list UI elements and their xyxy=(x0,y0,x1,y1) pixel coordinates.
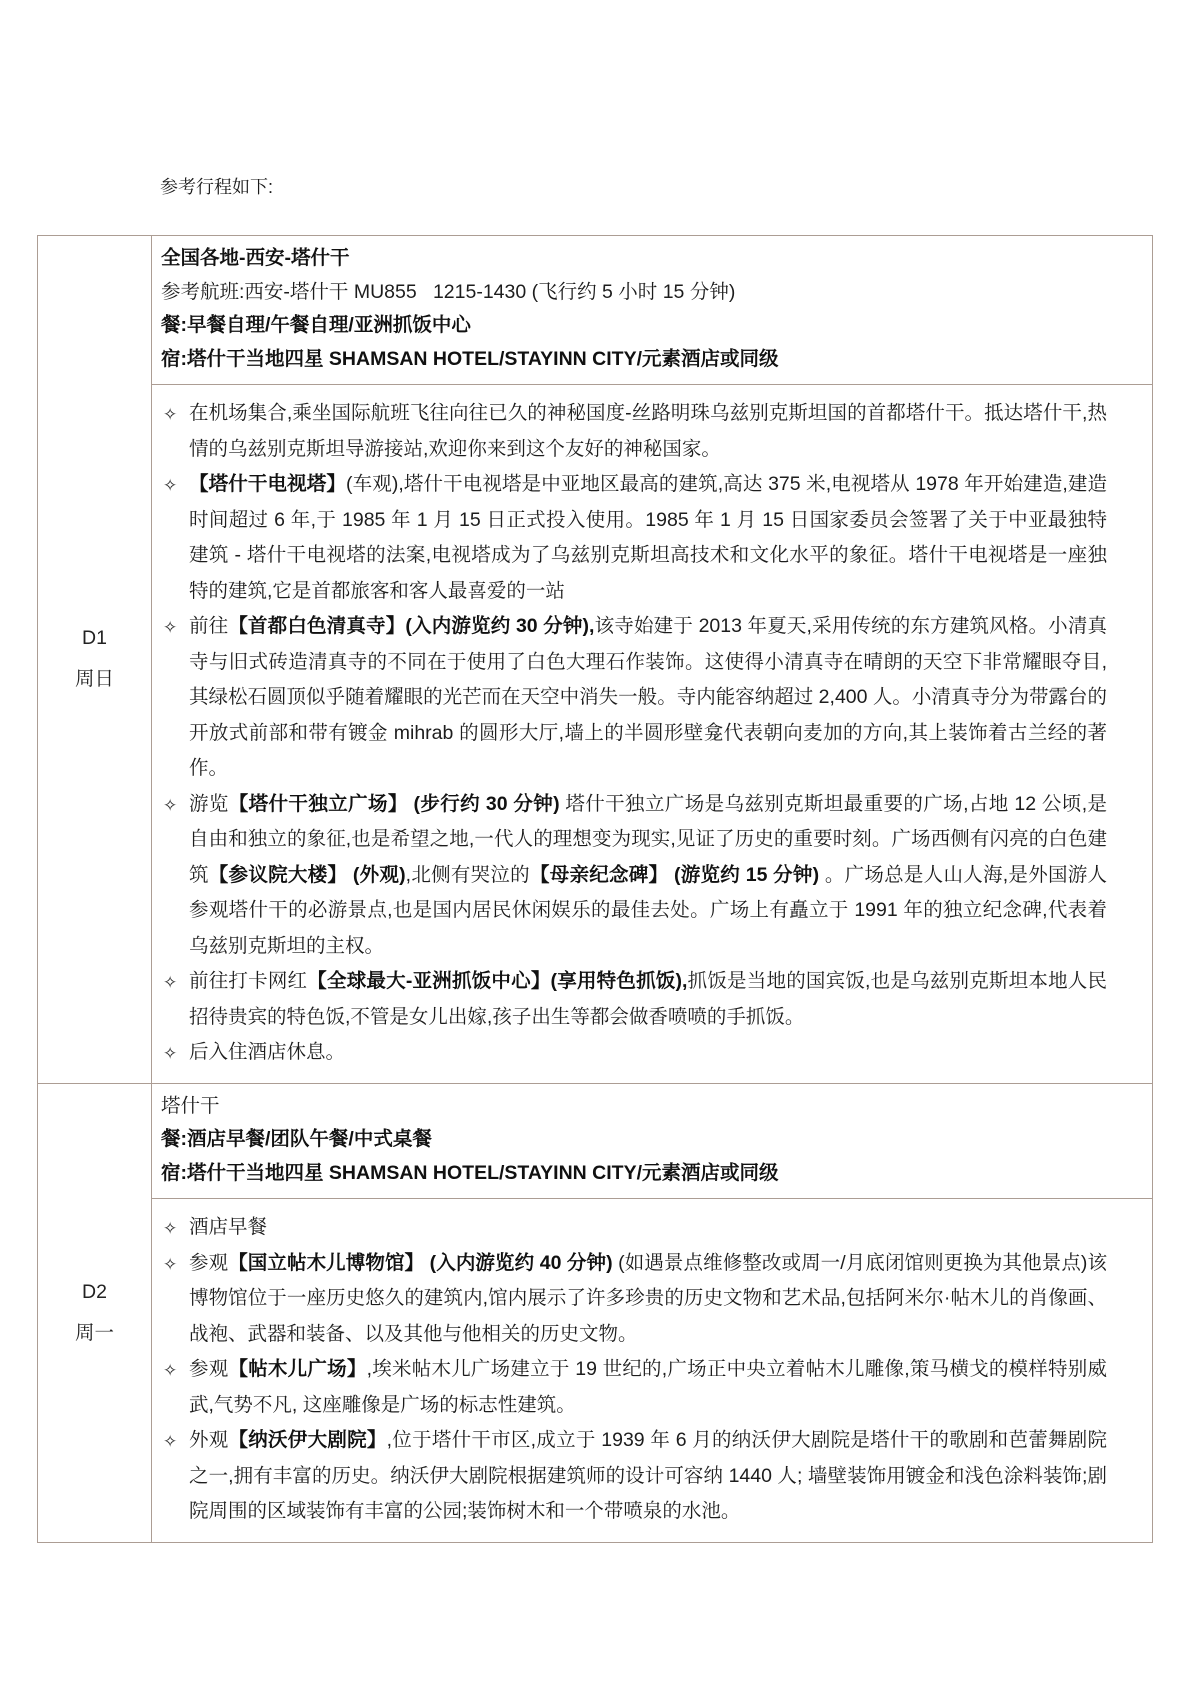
hotel-info: 宿:塔什干当地四星 SHAMSAN HOTEL/STAYINN CITY/元素酒… xyxy=(161,343,1107,377)
diamond-bullet-icon: ✧ xyxy=(163,1424,177,1460)
diamond-bullet-icon: ✧ xyxy=(163,397,177,433)
activity-text: 参观 xyxy=(189,1252,228,1274)
activity-item: ✧游览【塔什干独立广场】 (步行约 30 分钟) 塔什干独立广场是乌兹别克斯坦最… xyxy=(152,787,1107,965)
activity-item: ✧外观【纳沃伊大剧院】,位于塔什干市区,成立于 1939 年 6 月的纳沃伊大剧… xyxy=(152,1423,1107,1530)
activity-text: 酒店早餐 xyxy=(189,1216,267,1238)
activity-item: ✧后入住酒店休息。 xyxy=(152,1035,1107,1071)
diamond-bullet-icon: ✧ xyxy=(163,965,177,1001)
diamond-bullet-icon: ✧ xyxy=(163,788,177,824)
day-cell-d1: D1 周日 xyxy=(38,236,152,1083)
activity-highlight: 【塔什干电视塔】 xyxy=(189,473,346,495)
activity-highlight: 【首都白色清真寺】(入内游览约 30 分钟), xyxy=(228,615,594,637)
day-cell-d2: D2 周一 xyxy=(38,1084,152,1542)
activity-text: 外观 xyxy=(189,1429,229,1451)
hotel-info: 宿:塔什干当地四星 SHAMSAN HOTEL/STAYINN CITY/元素酒… xyxy=(161,1157,1107,1191)
diamond-bullet-icon: ✧ xyxy=(163,1247,177,1283)
activity-text: 后入住酒店休息。 xyxy=(189,1041,345,1063)
diamond-bullet-icon: ✧ xyxy=(163,1036,177,1072)
activity-text: 前往打卡网红 xyxy=(189,970,307,992)
diamond-bullet-icon: ✧ xyxy=(163,468,177,504)
diamond-bullet-icon: ✧ xyxy=(163,610,177,646)
flight-info: 参考航班:西安-塔什干 MU855 1215-1430 (飞行约 5 小时 15… xyxy=(161,276,1107,310)
page-title: 参考行程如下: xyxy=(160,176,273,198)
activity-text: 参观 xyxy=(189,1358,228,1380)
activity-text: 在机场集合,乘坐国际航班飞往向往已久的神秘国度-丝路明珠乌兹别克斯坦国的首都塔什… xyxy=(189,402,1107,460)
activity-highlight: 【国立帖木儿博物馆】 (入内游览约 40 分钟) xyxy=(228,1252,612,1274)
activity-highlight: 【全球最大-亚洲抓饭中心】(享用特色抓饭), xyxy=(307,970,687,992)
day-weekday: 周一 xyxy=(75,1317,114,1345)
activity-item: ✧前往打卡网红【全球最大-亚洲抓饭中心】(享用特色抓饭),抓饭是当地的国宾饭,也… xyxy=(152,964,1107,1035)
activity-text: ,北侧有哭泣的 xyxy=(406,864,530,886)
day-header-d2: 塔什干 餐:酒店早餐/团队午餐/中式桌餐 宿:塔什干当地四星 SHAMSAN H… xyxy=(152,1084,1152,1200)
day-number: D2 xyxy=(82,1281,107,1304)
diamond-bullet-icon: ✧ xyxy=(163,1211,177,1247)
activity-item: ✧前往【首都白色清真寺】(入内游览约 30 分钟),该寺始建于 2013 年夏天… xyxy=(152,609,1107,787)
activity-highlight: 【纳沃伊大剧院】 xyxy=(229,1429,387,1451)
activity-item: ✧在机场集合,乘坐国际航班飞往向往已久的神秘国度-丝路明珠乌兹别克斯坦国的首都塔… xyxy=(152,396,1107,467)
day-weekday: 周日 xyxy=(75,663,114,691)
day-activities-d2: ✧酒店早餐✧参观【国立帖木儿博物馆】 (入内游览约 40 分钟) (如遇景点维修… xyxy=(152,1199,1152,1542)
activity-item: ✧参观【帖木儿广场】,埃米帖木儿广场建立于 19 世纪的,广场正中央立着帖木儿雕… xyxy=(152,1352,1107,1423)
activity-item: ✧酒店早餐 xyxy=(152,1210,1107,1246)
activity-item: ✧参观【国立帖木儿博物馆】 (入内游览约 40 分钟) (如遇景点维修整改或周一… xyxy=(152,1246,1107,1353)
activity-highlight: 【参议院大楼】 (外观) xyxy=(209,864,406,886)
activity-text: 前往 xyxy=(189,615,228,637)
activity-item: ✧【塔什干电视塔】(车观),塔什干电视塔是中亚地区最高的建筑,高达 375 米,… xyxy=(152,467,1107,609)
day-row-d2: D2 周一 塔什干 餐:酒店早餐/团队午餐/中式桌餐 宿:塔什干当地四星 SHA… xyxy=(38,1083,1152,1542)
itinerary-table: D1 周日 全国各地-西安-塔什干 参考航班:西安-塔什干 MU855 1215… xyxy=(37,235,1153,1543)
day-main-d1: 全国各地-西安-塔什干 参考航班:西安-塔什干 MU855 1215-1430 … xyxy=(152,236,1152,1083)
activity-highlight: 【帖木儿广场】 xyxy=(228,1358,366,1380)
route-title: 全国各地-西安-塔什干 xyxy=(161,242,1107,276)
meals-info: 餐:早餐自理/午餐自理/亚洲抓饭中心 xyxy=(161,309,1107,343)
meals-info: 餐:酒店早餐/团队午餐/中式桌餐 xyxy=(161,1123,1107,1157)
activity-text: 游览 xyxy=(189,793,229,815)
day-row-d1: D1 周日 全国各地-西安-塔什干 参考航班:西安-塔什干 MU855 1215… xyxy=(38,236,1152,1083)
day-activities-d1: ✧在机场集合,乘坐国际航班飞往向往已久的神秘国度-丝路明珠乌兹别克斯坦国的首都塔… xyxy=(152,385,1152,1083)
day-main-d2: 塔什干 餐:酒店早餐/团队午餐/中式桌餐 宿:塔什干当地四星 SHAMSAN H… xyxy=(152,1084,1152,1542)
activity-highlight: 【塔什干独立广场】 (步行约 30 分钟) xyxy=(229,793,560,815)
route-title: 塔什干 xyxy=(161,1090,1107,1124)
day-number: D1 xyxy=(82,627,107,650)
diamond-bullet-icon: ✧ xyxy=(163,1353,177,1389)
activity-text: 该寺始建于 2013 年夏天,采用传统的东方建筑风格。小清真寺与旧式砖造清真寺的… xyxy=(189,615,1107,779)
day-header-d1: 全国各地-西安-塔什干 参考航班:西安-塔什干 MU855 1215-1430 … xyxy=(152,236,1152,385)
activity-highlight: 【母亲纪念碑】 (游览约 15 分钟) xyxy=(530,864,819,886)
